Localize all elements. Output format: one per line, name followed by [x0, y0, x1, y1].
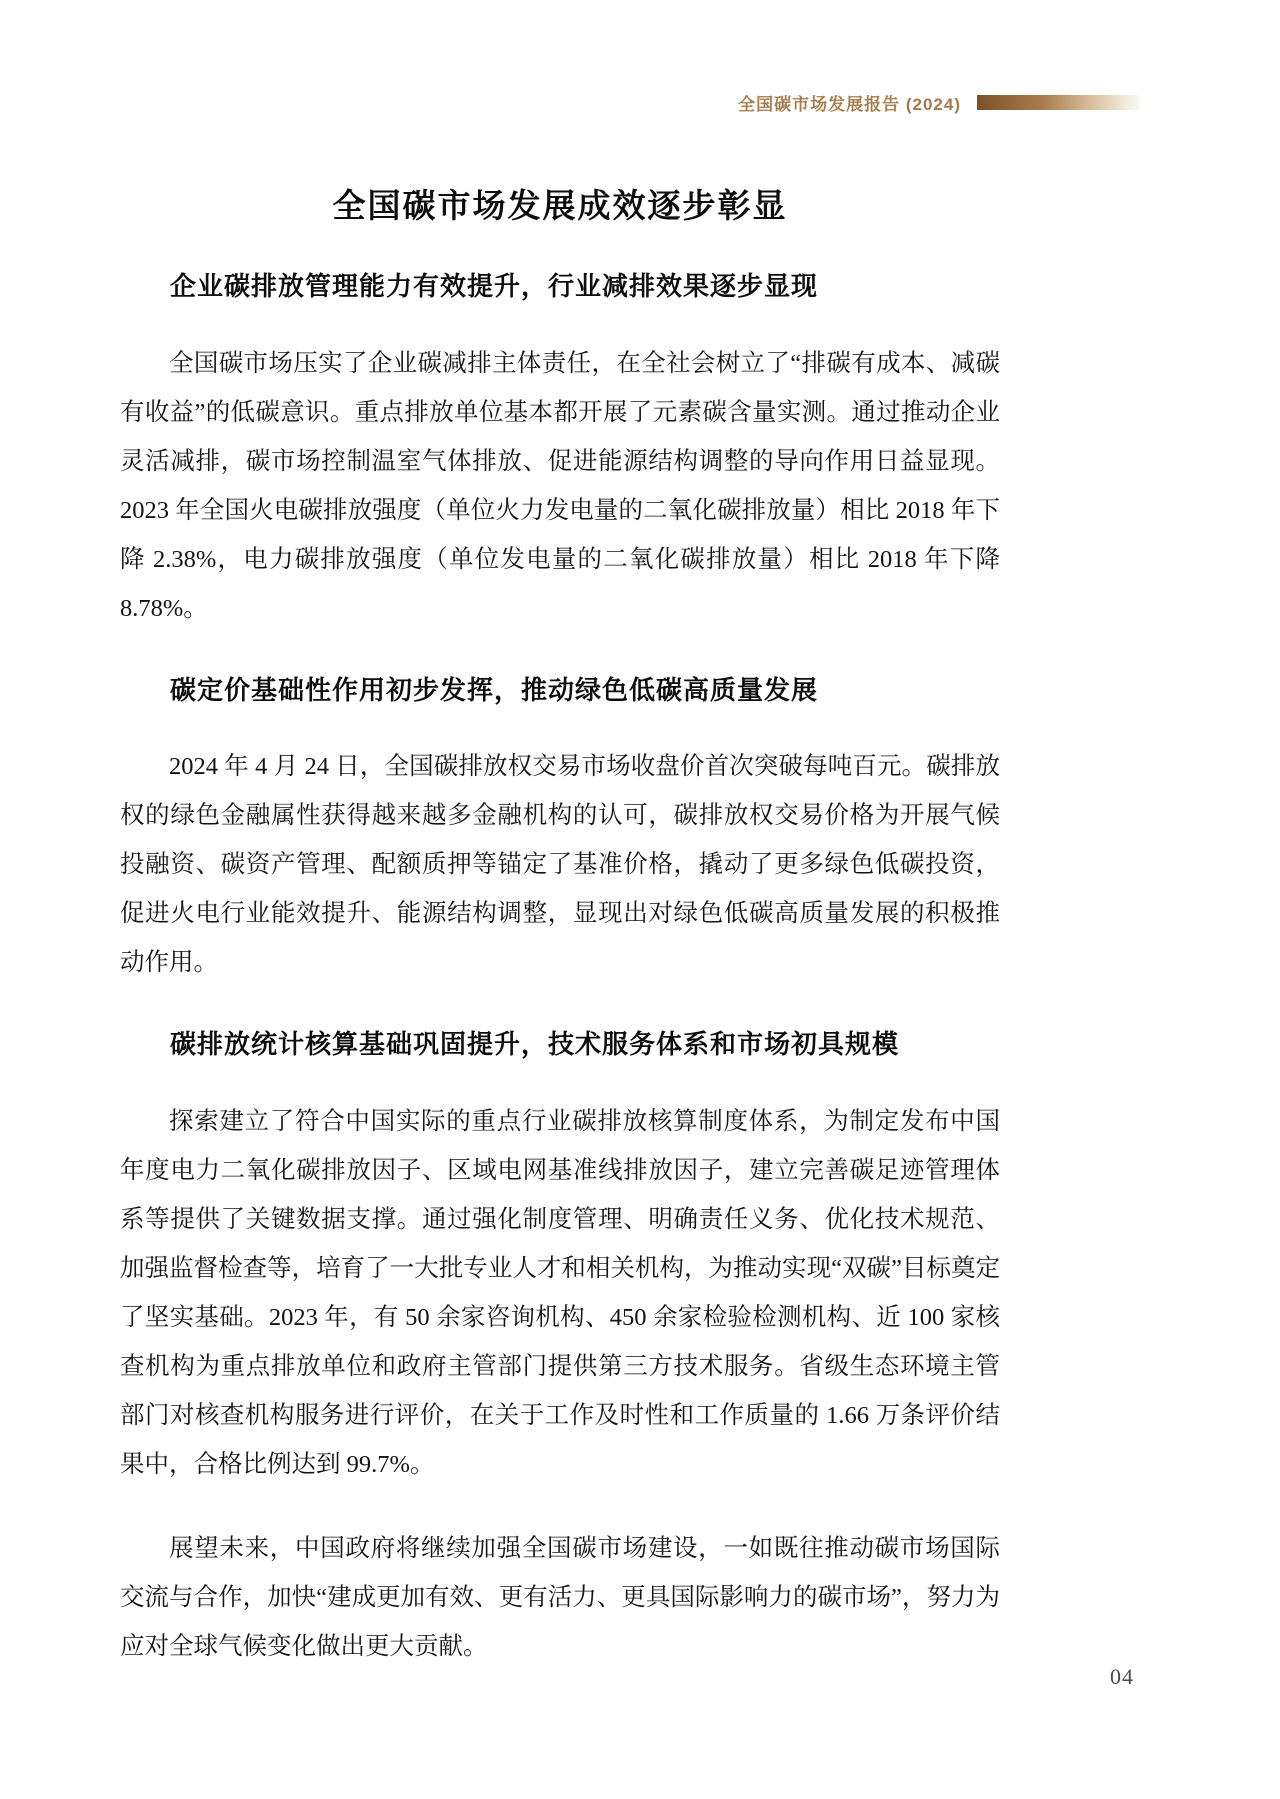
section-heading-1: 企业碳排放管理能力有效提升，行业减排效果逐步显现: [120, 270, 1000, 304]
section-2-paragraph: 2024 年 4 月 24 日，全国碳排放权交易市场收盘价首次突破每吨百元。碳排…: [120, 742, 1000, 987]
report-page: 全国碳市场发展报告 (2024) 全国碳市场发展成效逐步彰显 企业碳排放管理能力…: [0, 0, 1280, 1799]
section-heading-3: 碳排放统计核算基础巩固提升，技术服务体系和市场初具规模: [120, 1028, 1000, 1062]
main-text-column: 全国碳市场发展成效逐步彰显 企业碳排放管理能力有效提升，行业减排效果逐步显现 全…: [120, 0, 1000, 1671]
section-3-paragraph: 探索建立了符合中国实际的重点行业碳排放核算制度体系，为制定发布中国年度电力二氧化…: [120, 1097, 1000, 1489]
closing-paragraph: 展望未来，中国政府将继续加强全国碳市场建设，一如既往推动碳市场国际交流与合作，加…: [120, 1524, 1000, 1671]
section-carbon-pricing: 碳定价基础性作用初步发挥，推动绿色低碳高质量发展 2024 年 4 月 24 日…: [120, 674, 1000, 988]
section-enterprise-capability: 企业碳排放管理能力有效提升，行业减排效果逐步显现 全国碳市场压实了企业碳减排主体…: [120, 270, 1000, 633]
section-heading-2: 碳定价基础性作用初步发挥，推动绿色低碳高质量发展: [120, 674, 1000, 708]
page-number: 04: [1110, 1664, 1134, 1690]
page-title: 全国碳市场发展成效逐步彰显: [120, 186, 1000, 229]
header-gradient-bar: [977, 95, 1140, 110]
section-accounting-foundation: 碳排放统计核算基础巩固提升，技术服务体系和市场初具规模 探索建立了符合中国实际的…: [120, 1028, 1000, 1489]
section-1-paragraph: 全国碳市场压实了企业碳减排主体责任，在全社会树立了“排碳有成本、减碳有收益”的低…: [120, 339, 1000, 633]
